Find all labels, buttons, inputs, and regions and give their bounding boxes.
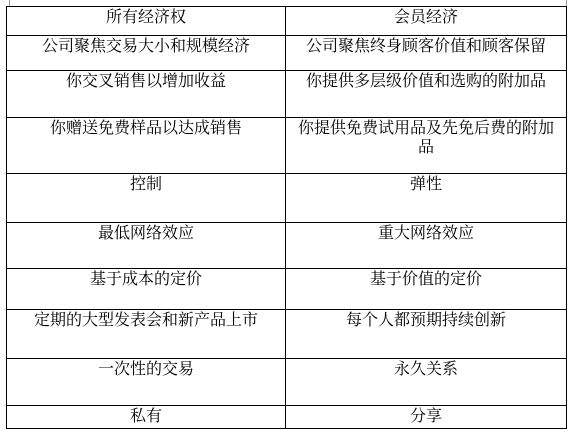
table-header-row: 所有经济权 会员经济 <box>7 7 567 36</box>
header-cell-ownership-economy: 所有经济权 <box>7 7 286 36</box>
table-cell: 永久关系 <box>286 359 567 406</box>
comparison-table: 所有经济权 会员经济 公司聚焦交易大小和规模经济 公司聚焦终身顾客价值和顾客保留… <box>6 6 567 429</box>
table-cell: 分享 <box>286 406 567 429</box>
table-cell: 你交叉销售以增加收益 <box>7 71 286 118</box>
table-cell: 每个人都预期持续创新 <box>286 310 567 359</box>
table-row: 控制 弹性 <box>7 174 567 223</box>
table-cell: 你提供免费试用品及先免后费的附加品 <box>286 118 567 174</box>
table-cell: 公司聚焦交易大小和规模经济 <box>7 36 286 71</box>
table-cell: 一次性的交易 <box>7 359 286 406</box>
table-row: 公司聚焦交易大小和规模经济 公司聚焦终身顾客价值和顾客保留 <box>7 36 567 71</box>
table-cell: 重大网络效应 <box>286 223 567 269</box>
table-cell: 你赠送免费样品以达成销售 <box>7 118 286 174</box>
table-row: 你赠送免费样品以达成销售 你提供免费试用品及先免后费的附加品 <box>7 118 567 174</box>
table-row: 一次性的交易 永久关系 <box>7 359 567 406</box>
table-row: 定期的大型发表会和新产品上市 每个人都预期持续创新 <box>7 310 567 359</box>
table-row: 私有 分享 <box>7 406 567 429</box>
table-row: 基于成本的定价 基于价值的定价 <box>7 269 567 310</box>
table-cell: 私有 <box>7 406 286 429</box>
table-cell: 公司聚焦终身顾客价值和顾客保留 <box>286 36 567 71</box>
table-cell: 最低网络效应 <box>7 223 286 269</box>
table-row: 你交叉销售以增加收益 你提供多层级价值和选购的附加品 <box>7 71 567 118</box>
document-page: 所有经济权 会员经济 公司聚焦交易大小和规模经济 公司聚焦终身顾客价值和顾客保留… <box>0 0 570 431</box>
table-cell: 基于价值的定价 <box>286 269 567 310</box>
table-cell: 基于成本的定价 <box>7 269 286 310</box>
header-cell-membership-economy: 会员经济 <box>286 7 567 36</box>
table-cell: 弹性 <box>286 174 567 223</box>
table-row: 最低网络效应 重大网络效应 <box>7 223 567 269</box>
table-cell: 你提供多层级价值和选购的附加品 <box>286 71 567 118</box>
table-cell: 控制 <box>7 174 286 223</box>
table-cell: 定期的大型发表会和新产品上市 <box>7 310 286 359</box>
